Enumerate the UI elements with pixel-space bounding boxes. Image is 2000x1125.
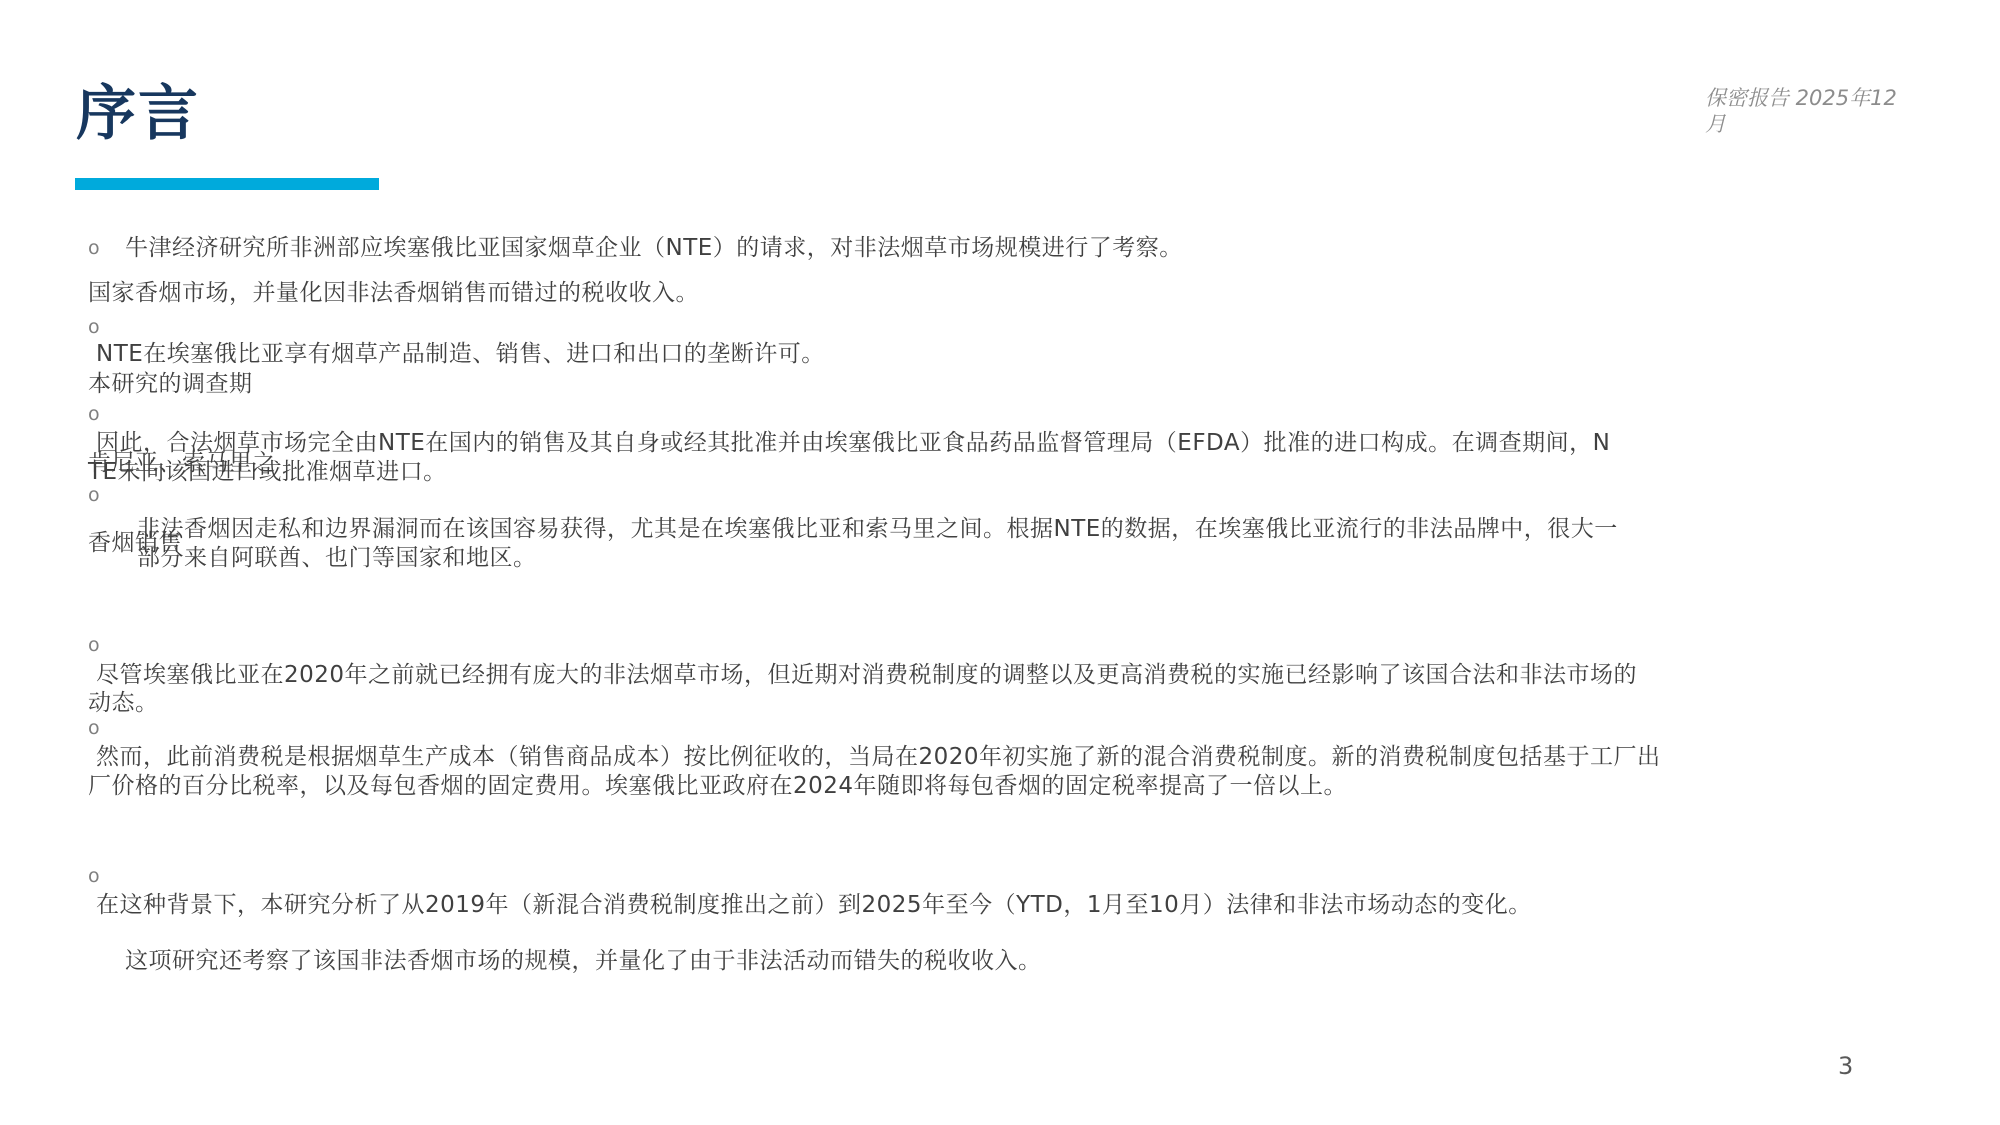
paragraph-line: 动态。: [88, 688, 159, 718]
paragraph-line: 非法香烟因走私和边界漏洞而在该国容易获得，尤其是在埃塞俄比亚和索马里之间。根据N…: [137, 514, 1618, 544]
page-title: 序言: [76, 78, 200, 150]
page-number: 3: [1838, 1052, 1853, 1080]
title-accent-bar: [75, 178, 379, 190]
overlapping-fragment: 香烟销售: [88, 528, 182, 558]
paragraph-line: NTE在埃塞俄比亚享有烟草产品制造、销售、进口和出口的垄断许可。: [96, 339, 825, 369]
paragraph-line: 然而，此前消费税是根据烟草生产成本（销售商品成本）按比例征收的，当局在2020年…: [96, 742, 1661, 772]
bullet-icon: o: [88, 238, 100, 258]
paragraph-line: 牛津经济研究所非洲部应埃塞俄比亚国家烟草企业（NTE）的请求，对非法烟草市场规模…: [125, 233, 1183, 263]
paragraph-line: 厂价格的百分比税率，以及每包香烟的固定费用。埃塞俄比亚政府在2024年随即将每包…: [88, 771, 1347, 801]
paragraph-line: 因此，合法烟草市场完全由NTE在国内的销售及其自身或经其批准并由埃塞俄比亚食品药…: [96, 428, 1610, 458]
bullet-icon: o: [88, 317, 100, 337]
confidential-label: 保密报告 2025年12月: [1705, 85, 1915, 137]
paragraph-line: 这项研究还考察了该国非法香烟市场的规模，并量化了由于非法活动而错失的税收收入。: [125, 946, 1042, 976]
bullet-icon: o: [88, 485, 100, 505]
bullet-icon: o: [88, 718, 100, 738]
bullet-icon: o: [88, 635, 100, 655]
paragraph-line: 部分来自阿联酋、也门等国家和地区。: [137, 543, 537, 573]
overlapping-fragment: 肯尼亚、索马里之: [88, 448, 276, 478]
paragraph-line: 本研究的调查期: [88, 369, 253, 399]
paragraph-line: 在这种背景下，本研究分析了从2019年（新混合消费税制度推出之前）到2025年至…: [96, 890, 1532, 920]
bullet-icon: o: [88, 866, 100, 886]
paragraph-line: 尽管埃塞俄比亚在2020年之前就已经拥有庞大的非法烟草市场，但近期对消费税制度的…: [96, 660, 1637, 690]
paragraph-line: 国家香烟市场，并量化因非法香烟销售而错过的税收收入。: [88, 278, 699, 308]
bullet-icon: o: [88, 404, 100, 424]
